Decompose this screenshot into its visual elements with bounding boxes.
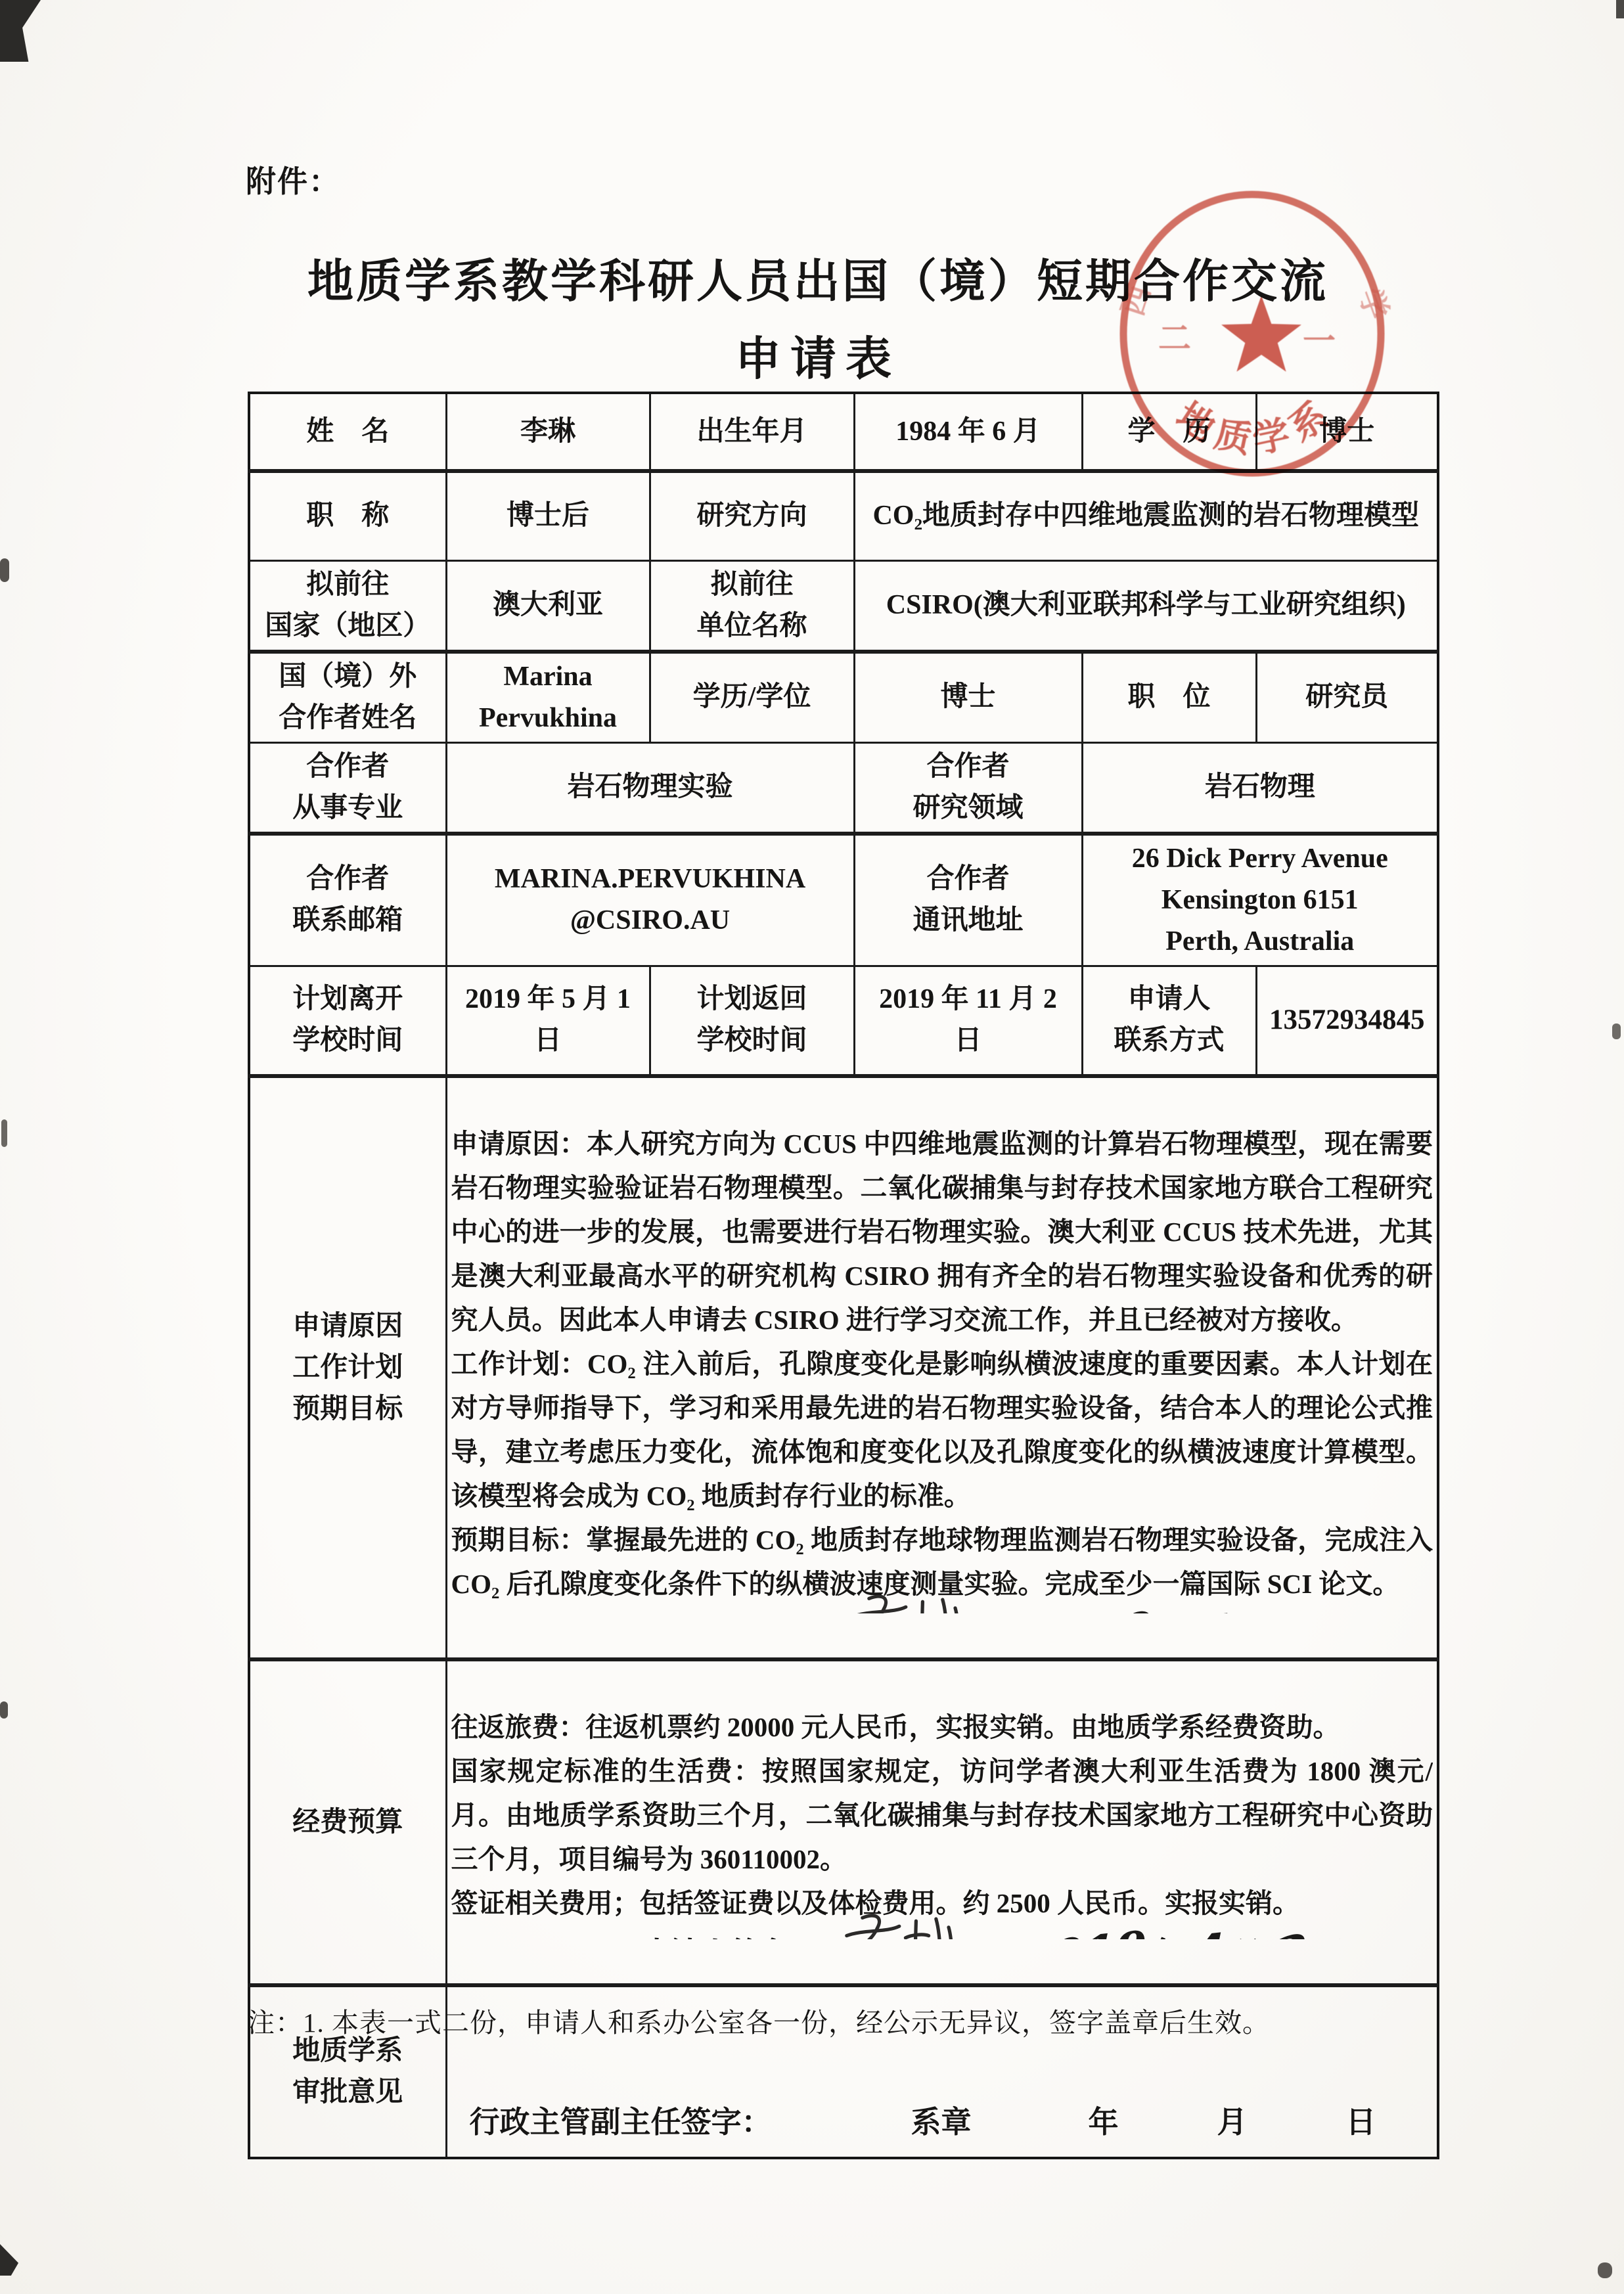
application-form-table: 姓 名 李琳 出生年月 1984 年 6 月 学 历 博士 职 称 博士后 研究… <box>248 392 1439 2159</box>
signature-month-handwritten: 4 <box>1190 1914 1227 1939</box>
approval-year-label: 年 <box>1089 2100 1119 2145</box>
partner-position-value: 研究员 <box>1256 652 1438 743</box>
budget-living-paragraph: 国家规定标准的生活费：按照国家规定，访问学者澳大利亚生活费为 1800 澳元/月… <box>451 1749 1433 1881</box>
destination-org-label: 拟前往 单位名称 <box>650 560 854 652</box>
applicant-signature-row: 申请人签名： 2019 年 4 月 3 日 <box>648 1606 1433 1613</box>
reason-lead: 申请原因： <box>451 1129 587 1159</box>
scan-artifact <box>0 2244 18 2276</box>
title-value: 博士后 <box>446 471 650 560</box>
application-reason-content: 申请原因：本人研究方向为 CCUS 中四维地震监测的计算岩石物理模型，现在需要岩… <box>446 1076 1438 1659</box>
partner-address-label: 合作者 通讯地址 <box>854 834 1082 966</box>
scan-artifact <box>0 1701 8 1719</box>
destination-org-value: CSIRO(澳大利亚联邦科学与工业研究组织) <box>854 560 1438 652</box>
table-row: 合作者 从事专业 岩石物理实验 合作者 研究领域 岩石物理 <box>249 742 1438 834</box>
partner-field-value: 岩石物理 <box>1082 742 1438 834</box>
signature-month-handwritten: 4 <box>1197 1595 1233 1613</box>
table-row: 国（境）外 合作者姓名 Marina Pervukhina 学历/学位 博士 职… <box>249 652 1438 743</box>
signature-year-unit: 年 <box>1153 1931 1183 1939</box>
leave-date-value: 2019 年 5 月 1 日 <box>446 966 650 1076</box>
applicant-signature-row: 申请人签名： 2019 年 4 月 3 日 <box>642 1925 1433 1939</box>
budget-label: 经费预算 <box>249 1659 446 1985</box>
destination-country-value: 澳大利亚 <box>446 560 650 652</box>
partner-address-value: 26 Dick Perry Avenue Kensington 6151 Per… <box>1082 834 1438 966</box>
scan-artifact <box>1616 0 1624 18</box>
partner-degree-label: 学历/学位 <box>650 652 854 743</box>
applicant-signature-handwriting <box>831 1908 982 1939</box>
signature-day-unit: 日 <box>1324 1612 1353 1613</box>
partner-email-label: 合作者 联系邮箱 <box>249 834 446 966</box>
table-row: 申请原因 工作计划 预期目标 申请原因：本人研究方向为 CCUS 中四维地震监测… <box>249 1076 1438 1659</box>
partner-name-label: 国（境）外 合作者姓名 <box>249 652 446 743</box>
workplan-paragraph: 工作计划：CO₂ 注入前后，孔隙度变化是影响纵横波速度的重要因素。本人计划在对方… <box>451 1342 1433 1518</box>
seal-star <box>1221 296 1301 372</box>
seal-side-mark-left: 二 <box>1158 320 1191 357</box>
table-row: 合作者 联系邮箱 MARINA.PERVUKHINA @CSIRO.AU 合作者… <box>249 834 1438 966</box>
partner-position-label: 职 位 <box>1082 652 1256 743</box>
reason-paragraph: 申请原因：本人研究方向为 CCUS 中四维地震监测的计算岩石物理模型，现在需要岩… <box>451 1122 1433 1342</box>
partner-field-label: 合作者 研究领域 <box>854 742 1082 834</box>
department-seal-stamp: 西 学 二 一 地 质 学 系 <box>1111 186 1393 482</box>
scan-artifact <box>1598 2262 1612 2278</box>
signature-year-unit: 年 <box>1160 1612 1189 1613</box>
partner-email-value: MARINA.PERVUKHINA @CSIRO.AU <box>446 834 854 966</box>
partner-degree-value: 博士 <box>854 652 1082 743</box>
workplan-lead: 工作计划： <box>451 1349 587 1379</box>
applicant-phone-label: 申请人 联系方式 <box>1082 966 1256 1076</box>
scan-artifact <box>0 0 41 62</box>
approval-signature-line: 行政主管副主任签字： 系章 年 月 日 <box>470 2100 1411 2145</box>
table-row: 职 称 博士后 研究方向 CO₂地质封存中四维地震监测的岩石物理模型 <box>249 471 1438 560</box>
return-date-label: 计划返回 学校时间 <box>650 966 854 1076</box>
goal-text: 掌握最先进的 CO₂ 地质封存地球物理监测岩石物理实验设备，完成注入 CO₂ 后… <box>451 1525 1433 1599</box>
approval-day-label: 日 <box>1346 2100 1376 2145</box>
scan-artifact <box>1 1119 7 1147</box>
applicant-signature-label: 申请人签名： <box>648 1612 826 1613</box>
applicant-signature-label: 申请人签名： <box>642 1931 819 1939</box>
reason-text: 本人研究方向为 CCUS 中四维地震监测的计算岩石物理模型，现在需要岩石物理实验… <box>451 1129 1433 1335</box>
table-row: 拟前往 国家（地区） 澳大利亚 拟前往 单位名称 CSIRO(澳大利亚联邦科学与… <box>249 560 1438 652</box>
research-direction-value: CO₂地质封存中四维地震监测的岩石物理模型 <box>854 471 1438 560</box>
partner-major-value: 岩石物理实验 <box>446 742 854 834</box>
seal-top-fragment-right: 学 <box>1353 284 1393 324</box>
scanned-application-form-page: 附件： 地质学系教学科研人员出国（境）短期合作交流 申请表 西 学 二 一 地 … <box>0 0 1624 2294</box>
footer-note: 注：1. 本表一式二份，申请人和系办公室各一份，经公示无异议，签字盖章后生效。 <box>248 2001 1270 2040</box>
name-label: 姓 名 <box>249 393 446 471</box>
scan-artifact <box>0 558 9 582</box>
title-label: 职 称 <box>249 471 446 560</box>
destination-country-label: 拟前往 国家（地区） <box>249 560 446 652</box>
signature-day-unit: 日 <box>1317 1931 1347 1939</box>
birth-label: 出生年月 <box>650 393 854 471</box>
return-date-value: 2019 年 11 月 2 日 <box>854 966 1082 1076</box>
application-reason-label: 申请原因 工作计划 预期目标 <box>249 1076 446 1659</box>
attachment-label: 附件： <box>246 158 340 201</box>
leave-date-label: 计划离开 学校时间 <box>249 966 446 1076</box>
partner-name-value: Marina Pervukhina <box>446 652 650 743</box>
birth-value: 1984 年 6 月 <box>854 393 1082 471</box>
signature-month-unit: 月 <box>1233 1931 1263 1939</box>
table-row: 计划离开 学校时间 2019 年 5 月 1 日 计划返回 学校时间 2019 … <box>249 966 1438 1076</box>
seal-bottom-char-2: 质 <box>1211 414 1255 461</box>
budget-travel-paragraph: 往返旅费：往返机票约 20000 元人民币，实报实销。由地质学系经费资助。 <box>451 1705 1433 1749</box>
scan-artifact <box>1612 1023 1621 1039</box>
seal-side-mark-right: 一 <box>1303 323 1336 359</box>
research-direction-label: 研究方向 <box>650 471 854 560</box>
deputy-director-sign-label: 行政主管副主任签字： <box>470 2100 772 2145</box>
signature-month-unit: 月 <box>1240 1612 1269 1613</box>
name-value: 李琳 <box>446 393 650 471</box>
applicant-signature-handwriting <box>838 1589 989 1613</box>
table-row: 经费预算 往返旅费：往返机票约 20000 元人民币，实报实销。由地质学系经费资… <box>249 1659 1438 1985</box>
partner-major-label: 合作者 从事专业 <box>249 742 446 834</box>
department-seal-label: 系章 <box>911 2100 972 2145</box>
goal-lead: 预期目标： <box>451 1525 587 1555</box>
approval-month-label: 月 <box>1217 2100 1248 2145</box>
budget-content: 往返旅费：往返机票约 20000 元人民币，实报实销。由地质学系经费资助。 国家… <box>446 1659 1438 1985</box>
applicant-phone-value: 13572934845 <box>1256 966 1438 1076</box>
workplan-text: CO₂ 注入前后，孔隙度变化是影响纵横波速度的重要因素。本人计划在对方导师指导下… <box>451 1349 1433 1511</box>
